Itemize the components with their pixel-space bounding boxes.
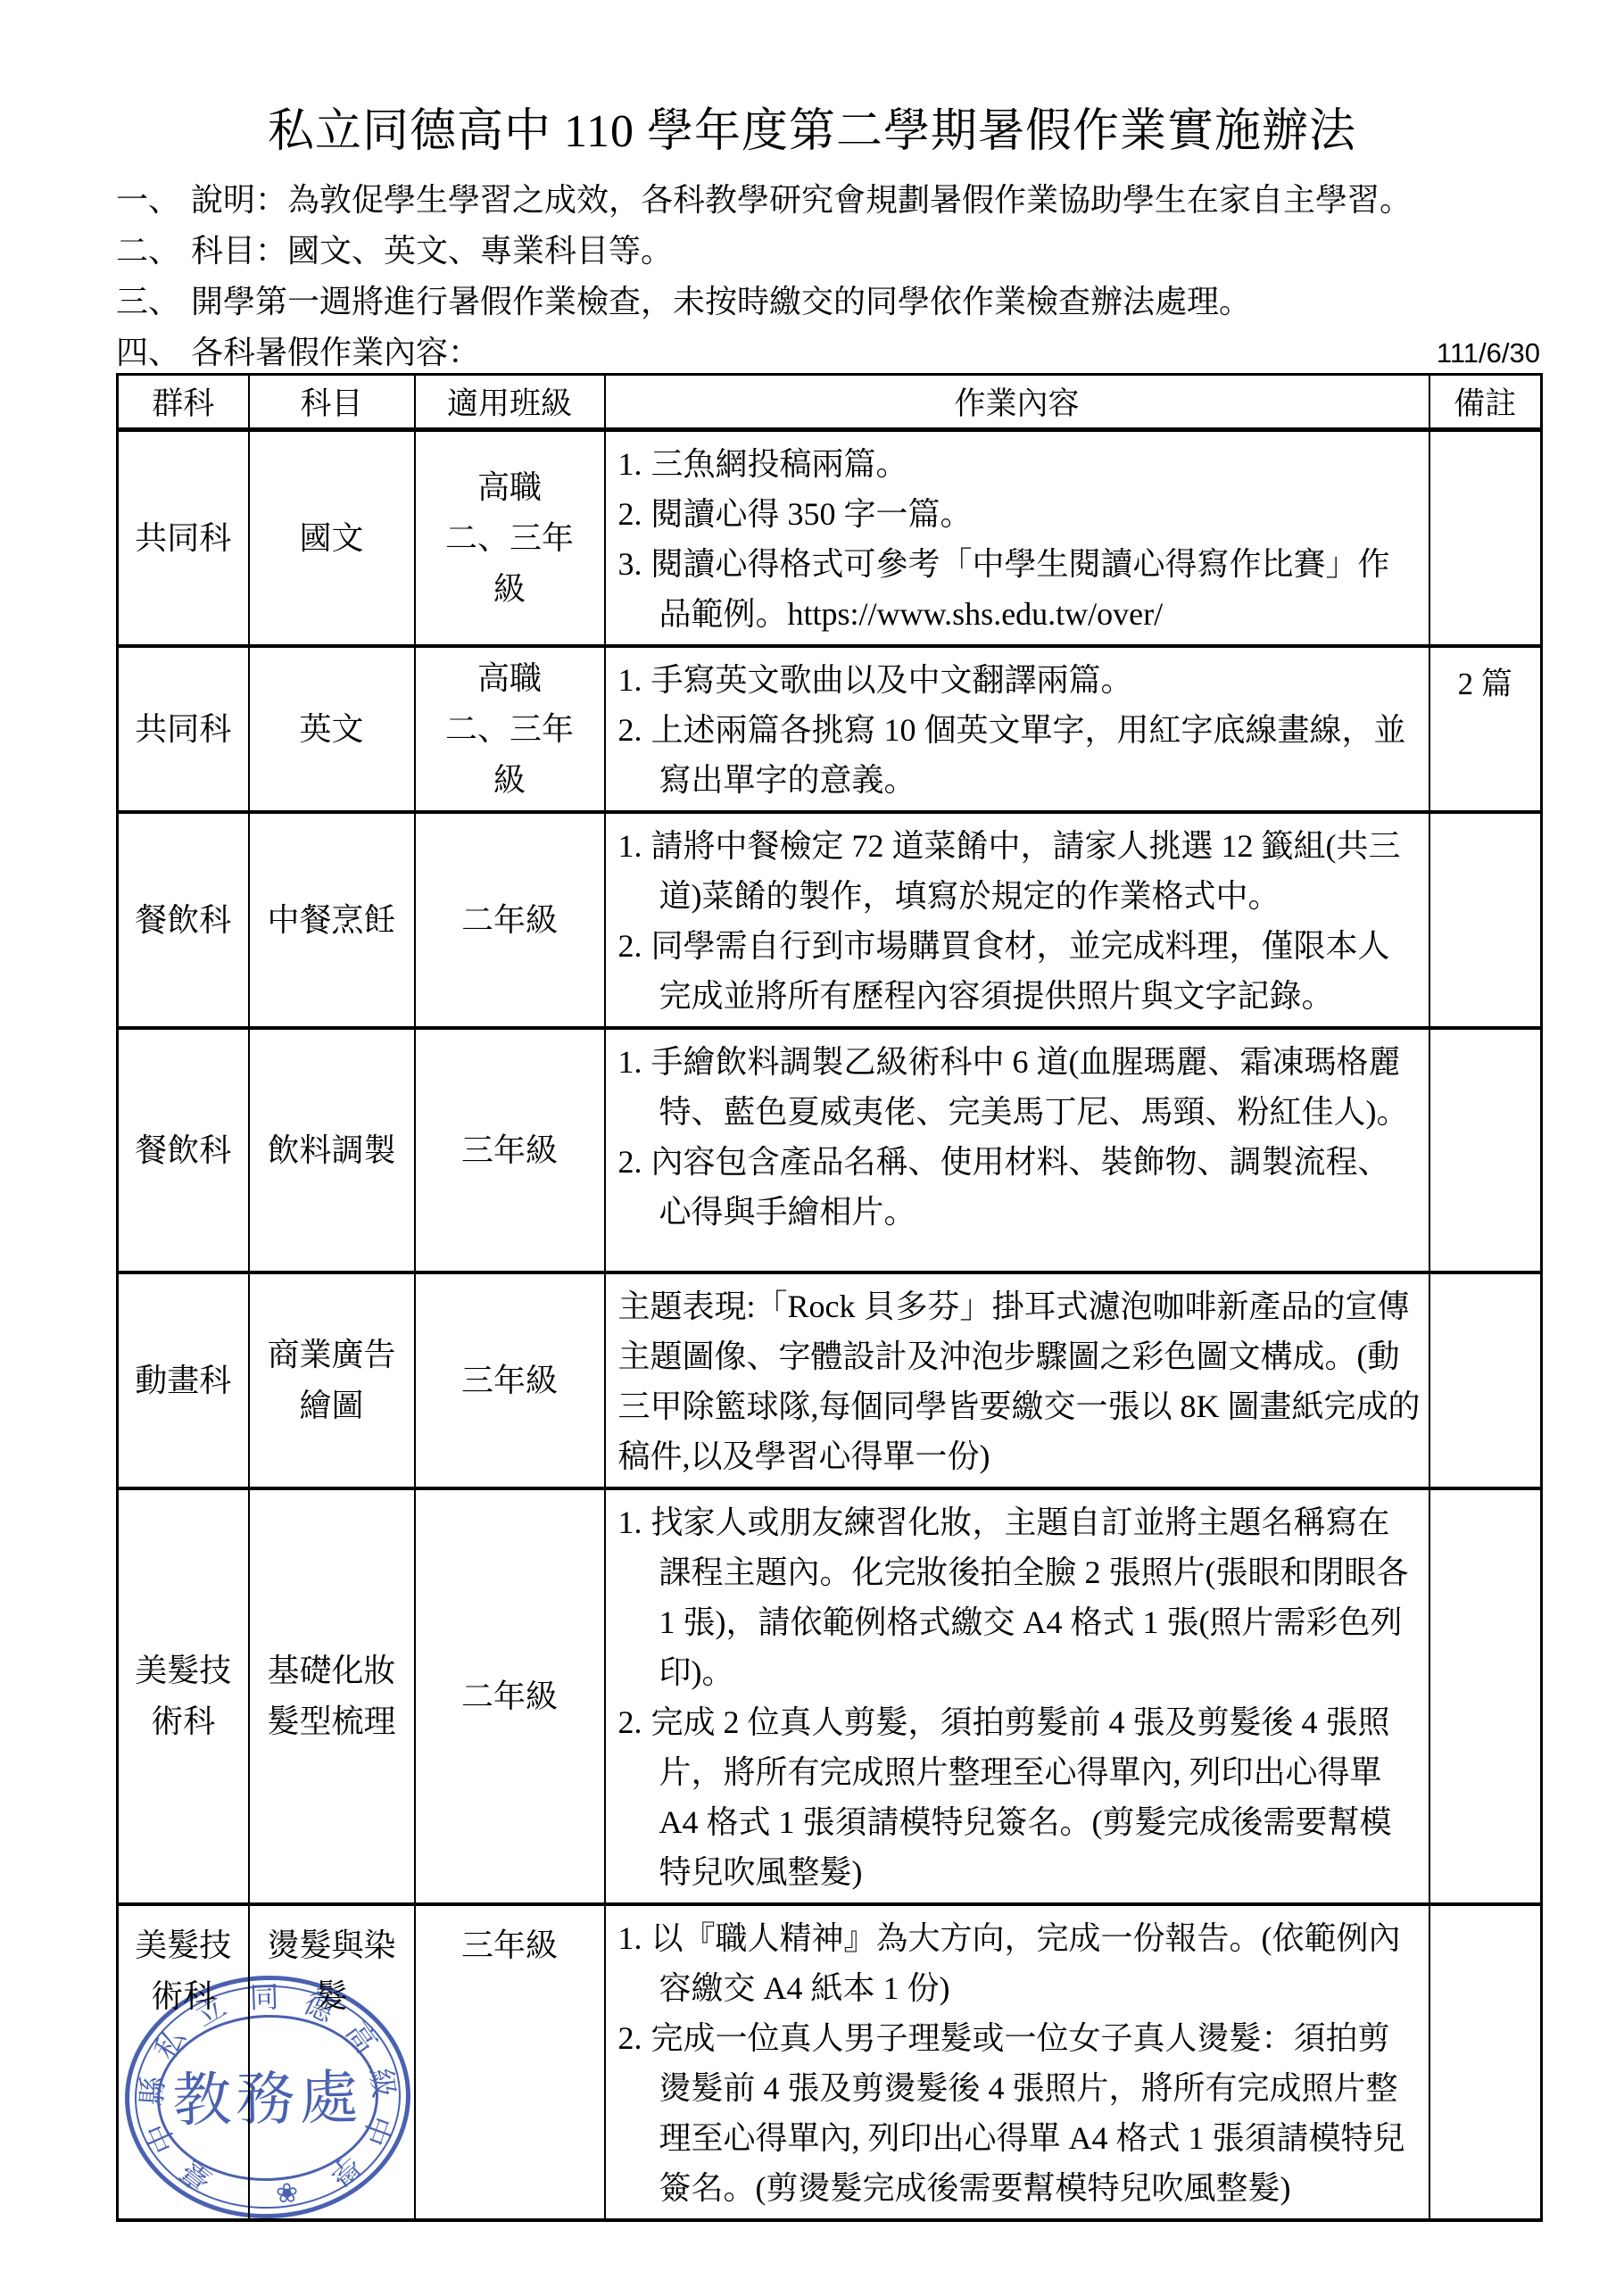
- intro-line-text: 開學第一週將進行暑假作業檢查，未按時繳交的同學依作業檢查辦法處理。: [191, 284, 1251, 319]
- homework-table: 群科 科目 適用班級 作業內容 備註 共同科 國文 高職二、三年級 1.三魚網投…: [116, 373, 1543, 2222]
- classes-cell: 二年級: [415, 812, 605, 1028]
- intro-section: 一、說明：為敦促學生學習之成效，各科教學研究會規劃暑假作業協助學生在家自主學習。…: [116, 175, 1540, 378]
- note-cell: [1429, 812, 1542, 1028]
- classes-cell: 三年級: [415, 1272, 605, 1488]
- note-cell: [1429, 1904, 1542, 2220]
- intro-line-text: 科目：國文、英文、專業科目等。: [191, 233, 673, 269]
- item-number: 2.: [618, 928, 642, 964]
- table-row: 餐飲科 飲料調製 三年級 1.手繪飲料調製乙級術科中 6 道(血腥瑪麗、霜凍瑪格…: [118, 1028, 1542, 1272]
- assignment-item: 1.找家人或朋友練習化妝，主題自訂並將主題名稱寫在課程主題內。化完妝後拍全臉 2…: [618, 1497, 1421, 1697]
- classes-cell: 二年級: [415, 1488, 605, 1904]
- table-header-row: 群科 科目 適用班級 作業內容 備註: [118, 375, 1542, 430]
- plum-blossom-icon: ❀: [275, 2178, 298, 2209]
- assignment-item: 2.閱讀心得 350 字一篇。: [618, 489, 1421, 539]
- assignment-item: 1.以『職人精神』為大方向，完成一份報告。(依範例內容繳交 A4 紙本 1 份): [618, 1913, 1421, 2013]
- note-cell: [1429, 1028, 1542, 1272]
- table-row: 共同科 國文 高職二、三年級 1.三魚網投稿兩篇。2.閱讀心得 350 字一篇。…: [118, 430, 1542, 647]
- assignment-item: 1.手繪飲料調製乙級術科中 6 道(血腥瑪麗、霜凍瑪格麗特、藍色夏威夷佬、完美馬…: [618, 1037, 1421, 1137]
- item-number: 2.: [618, 2020, 642, 2056]
- header-classes: 適用班級: [415, 375, 605, 430]
- note-cell: [1429, 430, 1542, 647]
- item-number: 1.: [618, 662, 642, 698]
- group-cell: 餐飲科: [118, 812, 249, 1028]
- subject-cell: 基礎化妝髮型梳理: [249, 1488, 415, 1904]
- group-cell: 動畫科: [118, 1272, 249, 1488]
- table-row: 動畫科 商業廣告繪圖 三年級 主題表現:「Rock 貝多芬」掛耳式濾泡咖啡新產品…: [118, 1272, 1542, 1488]
- note-cell: 2 篇: [1429, 646, 1542, 812]
- item-number: 1.: [618, 1044, 642, 1080]
- intro-line-number: 四、: [116, 335, 180, 370]
- classes-cell: 高職二、三年級: [415, 646, 605, 812]
- homework-table-body: 共同科 國文 高職二、三年級 1.三魚網投稿兩篇。2.閱讀心得 350 字一篇。…: [118, 430, 1542, 2221]
- note-cell: [1429, 1272, 1542, 1488]
- subject-cell: 商業廣告繪圖: [249, 1272, 415, 1488]
- subject-cell: 中餐烹飪: [249, 812, 415, 1028]
- intro-line-number: 二、: [116, 233, 180, 269]
- item-number: 1.: [618, 828, 642, 864]
- subject-cell: 國文: [249, 430, 415, 647]
- classes-cell: 三年級: [415, 1904, 605, 2220]
- stamp-office-name: 教務處: [122, 2049, 413, 2139]
- group-cell: 共同科: [118, 646, 249, 812]
- intro-line-text: 各科暑假作業內容：: [191, 335, 480, 370]
- header-subject: 科目: [249, 375, 415, 430]
- classes-cell: 三年級: [415, 1028, 605, 1272]
- classes-cell: 高職二、三年級: [415, 430, 605, 647]
- intro-line-2: 二、科目：國文、英文、專業科目等。: [116, 226, 1540, 277]
- assignment-item: 1.請將中餐檢定 72 道菜餚中，請家人挑選 12 籤組(共三道)菜餚的製作，填…: [618, 821, 1421, 921]
- item-number: 1.: [618, 446, 642, 482]
- item-number: 1.: [618, 1504, 642, 1540]
- intro-line-number: 一、: [116, 182, 180, 218]
- assignment-item: 2.上述兩篇各挑寫 10 個英文單字，用紅字底線畫線，並寫出單字的意義。: [618, 705, 1421, 805]
- item-number: 2.: [618, 1144, 642, 1180]
- content-cell: 1.手繪飲料調製乙級術科中 6 道(血腥瑪麗、霜凍瑪格麗特、藍色夏威夷佬、完美馬…: [605, 1028, 1429, 1272]
- note-cell: [1429, 1488, 1542, 1904]
- item-number: 1.: [618, 1920, 642, 1956]
- assignment-item: 3.閱讀心得格式可參考「中學生閱讀心得寫作比賽」作品範例。https://www…: [618, 539, 1421, 639]
- group-cell: 餐飲科: [118, 1028, 249, 1272]
- item-number: 2.: [618, 1704, 642, 1740]
- intro-line-4: 四、各科暑假作業內容： 111/6/30: [116, 327, 1540, 378]
- content-cell: 1.請將中餐檢定 72 道菜餚中，請家人挑選 12 籤組(共三道)菜餚的製作，填…: [605, 812, 1429, 1028]
- document-page: 私立同德高中 110 學年度第二學期暑假作業實施辦法 一、說明：為敦促學生學習之…: [0, 0, 1624, 2296]
- assignment-item: 2.同學需自行到市場購買食材，並完成料理，僅限本人完成並將所有歷程內容須提供照片…: [618, 921, 1421, 1021]
- assignment-item: 1.三魚網投稿兩篇。: [618, 439, 1421, 489]
- intro-line-3: 三、開學第一週將進行暑假作業檢查，未按時繳交的同學依作業檢查辦法處理。: [116, 277, 1540, 327]
- assignment-item: 2.完成一位真人男子理髮或一位女子真人燙髮：須拍剪燙髮前 4 張及剪燙髮後 4 …: [618, 2013, 1421, 2213]
- header-group: 群科: [118, 375, 249, 430]
- intro-line-1: 一、說明：為敦促學生學習之成效，各科教學研究會規劃暑假作業協助學生在家自主學習。: [116, 175, 1540, 226]
- assignment-item: 2.內容包含產品名稱、使用材料、裝飾物、調製流程、心得與手繪相片。: [618, 1137, 1421, 1237]
- intro-line-number: 三、: [116, 284, 180, 319]
- content-cell: 1.找家人或朋友練習化妝，主題自訂並將主題名稱寫在課程主題內。化完妝後拍全臉 2…: [605, 1488, 1429, 1904]
- group-cell: 共同科: [118, 430, 249, 647]
- assignment-item: 2.完成 2 位真人剪髮，須拍剪髮前 4 張及剪髮後 4 張照片，將所有完成照片…: [618, 1697, 1421, 1897]
- content-cell: 1.三魚網投稿兩篇。2.閱讀心得 350 字一篇。3.閱讀心得格式可參考「中學生…: [605, 430, 1429, 647]
- header-note: 備註: [1429, 375, 1542, 430]
- document-date: 111/6/30: [1437, 327, 1540, 378]
- page-title: 私立同德高中 110 學年度第二學期暑假作業實施辦法: [0, 0, 1624, 160]
- item-number: 3.: [618, 546, 642, 582]
- content-cell: 1.手寫英文歌曲以及中文翻譯兩篇。2.上述兩篇各挑寫 10 個英文單字，用紅字底…: [605, 646, 1429, 812]
- item-number: 2.: [618, 496, 642, 532]
- table-row: 餐飲科 中餐烹飪 二年級 1.請將中餐檢定 72 道菜餚中，請家人挑選 12 籤…: [118, 812, 1542, 1028]
- item-number: 2.: [618, 712, 642, 748]
- assignment-item: 主題表現:「Rock 貝多芬」掛耳式濾泡咖啡新產品的宣傳主題圖像、字體設計及沖泡…: [618, 1281, 1421, 1481]
- office-stamp: 臺中縣私立同德高級中學 ❀ 教務處: [119, 1969, 416, 2225]
- subject-cell: 飲料調製: [249, 1028, 415, 1272]
- header-content: 作業內容: [605, 375, 1429, 430]
- content-cell: 1.以『職人精神』為大方向，完成一份報告。(依範例內容繳交 A4 紙本 1 份)…: [605, 1904, 1429, 2220]
- content-cell: 主題表現:「Rock 貝多芬」掛耳式濾泡咖啡新產品的宣傳主題圖像、字體設計及沖泡…: [605, 1272, 1429, 1488]
- table-row: 共同科 英文 高職二、三年級 1.手寫英文歌曲以及中文翻譯兩篇。2.上述兩篇各挑…: [118, 646, 1542, 812]
- subject-cell: 英文: [249, 646, 415, 812]
- table-row: 美髮技術科 基礎化妝髮型梳理 二年級 1.找家人或朋友練習化妝，主題自訂並將主題…: [118, 1488, 1542, 1904]
- intro-line-text: 說明：為敦促學生學習之成效，各科教學研究會規劃暑假作業協助學生在家自主學習。: [191, 182, 1412, 218]
- assignment-item: 1.手寫英文歌曲以及中文翻譯兩篇。: [618, 655, 1421, 705]
- group-cell: 美髮技術科: [118, 1488, 249, 1904]
